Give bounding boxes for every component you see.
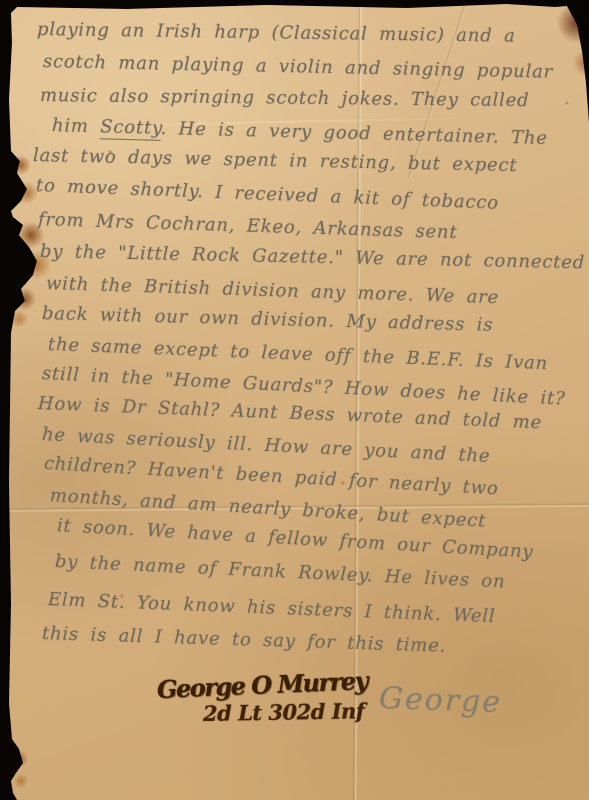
letter-line: back with our own division. My address i… [42,303,494,336]
signature-pencil: George [378,681,502,720]
letter-page: playing an Irish harp (Classical music) … [7,3,589,800]
letter-line-segment: him [52,115,101,137]
letter-line: from Mrs Cochran, Ekeo, Arkansas sent [38,209,458,243]
scotty-underlined: Scotty [100,116,161,141]
letter-line: this is all I have to say for this time. [42,623,447,657]
letter-line: to move shortly. I received a kit of tob… [36,175,500,214]
letter-line: Elm St. You know his sisters I think. We… [48,589,496,627]
letter-line-segment: . He is a very good entertainer. The [160,118,548,149]
letter-line: by the "Little Rock Gazette." We are not… [40,241,585,273]
letter-line: last two days we spent in resting, but e… [33,145,518,176]
letter-line: scotch man playing a violin and singing … [43,51,553,83]
letter-line: music also springing scotch jokes. They … [40,85,530,111]
letter-line: him Scotty. He is a very good entertaine… [52,115,548,149]
letter-line: playing an Irish harp (Classical music) … [37,19,516,47]
letter-line: with the British division any more. We a… [46,273,500,308]
letter-scan: { "colors": { "background": "#070402", "… [0,0,589,800]
censor-unit-ink: 2d Lt 302d Inf [203,698,365,726]
